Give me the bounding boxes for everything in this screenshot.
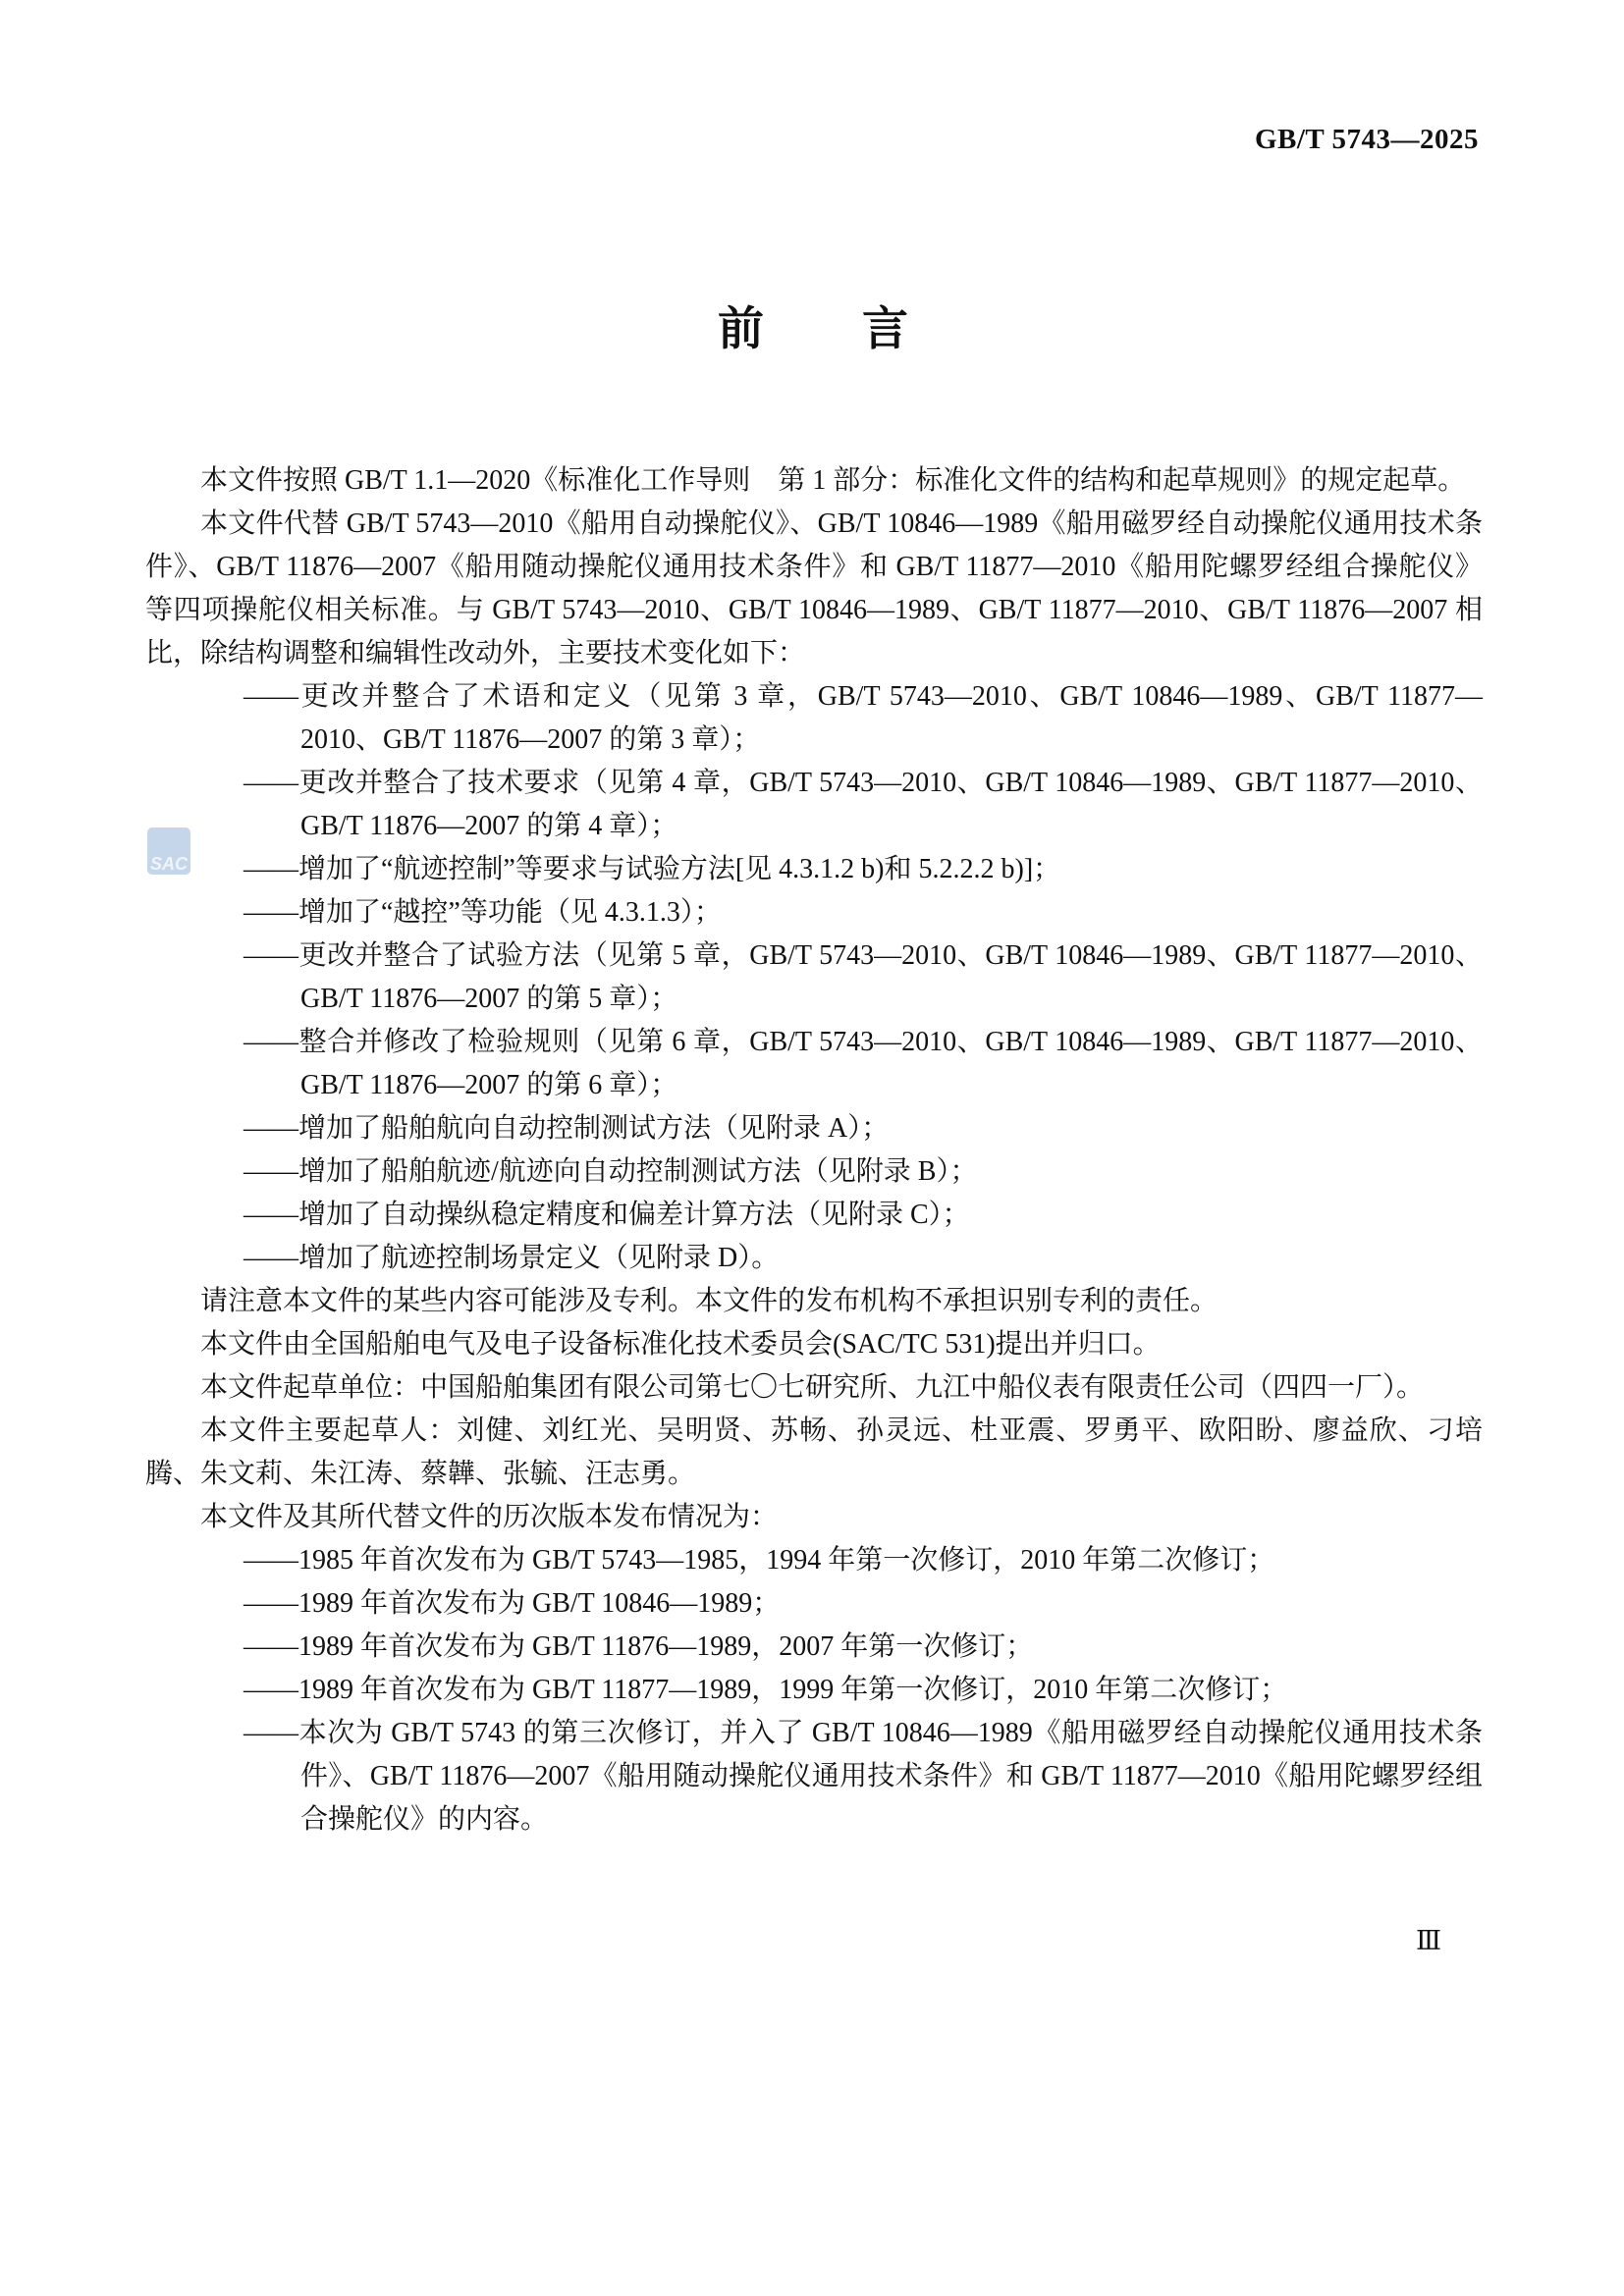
dash: —— [244,768,298,798]
dash: —— [244,940,298,971]
list-item: ——更改并整合了术语和定义（见第 3 章，GB/T 5743—2010、GB/T… [145,675,1483,762]
paragraph-drafting-basis: 本文件按照 GB/T 1.1—2020《标准化工作导则 第 1 部分：标准化文件… [145,459,1483,503]
list-item: ——增加了船舶航迹/航迹向自动控制测试方法（见附录 B）； [145,1150,1483,1194]
list-item: ——增加了船舶航向自动控制测试方法（见附录 A）； [145,1107,1483,1150]
list-item: ——1985 年首次发布为 GB/T 5743—1985，1994 年第一次修订… [145,1539,1483,1582]
list-item: ——1989 年首次发布为 GB/T 10846—1989； [145,1582,1483,1626]
list-item: ——本次为 GB/T 5743 的第三次修订，并入了 GB/T 10846—19… [145,1712,1483,1842]
list-item: ——增加了“航迹控制”等要求与试验方法[见 4.3.1.2 b)和 5.2.2.… [145,848,1483,891]
dash: —— [244,681,298,712]
list-item: ——增加了“越控”等功能（见 4.3.1.3）； [145,891,1483,934]
dash: —— [244,1588,298,1619]
paragraph-replaced-standards: 本文件代替 GB/T 5743—2010《船用自动操舵仪》、GB/T 10846… [145,503,1483,675]
dash: —— [244,1545,298,1575]
standard-code: GB/T 5743—2025 [1255,124,1479,156]
dash: —— [244,897,298,928]
revision-history-list: ——1985 年首次发布为 GB/T 5743—1985，1994 年第一次修订… [145,1539,1483,1842]
paragraph-drafting-org: 本文件起草单位：中国船舶集团有限公司第七〇七研究所、九江中船仪表有限责任公司（四… [145,1366,1483,1410]
paragraph-history-intro: 本文件及其所代替文件的历次版本发布情况为： [145,1496,1483,1539]
page-title: 前 言 [145,293,1483,358]
paragraph-patent-notice: 请注意本文件的某些内容可能涉及专利。本文件的发布机构不承担识别专利的责任。 [145,1280,1483,1323]
technical-changes-list: ——更改并整合了术语和定义（见第 3 章，GB/T 5743—2010、GB/T… [145,675,1483,1280]
dash: —— [244,1675,298,1705]
paragraph-drafters: 本文件主要起草人：刘健、刘红光、吴明贤、苏畅、孙灵远、杜亚震、罗勇平、欧阳盼、廖… [145,1410,1483,1496]
dash: —— [244,1027,298,1057]
list-item: ——1989 年首次发布为 GB/T 11876—1989，2007 年第一次修… [145,1626,1483,1669]
foreword-body: 本文件按照 GB/T 1.1—2020《标准化工作导则 第 1 部分：标准化文件… [145,459,1483,1842]
list-item: ——更改并整合了技术要求（见第 4 章，GB/T 5743—2010、GB/T … [145,762,1483,848]
list-item: ——增加了航迹控制场景定义（见附录 D）。 [145,1237,1483,1280]
dash: —— [244,1631,298,1662]
paragraph-committee: 本文件由全国船舶电气及电子设备标准化技术委员会(SAC/TC 531)提出并归口… [145,1323,1483,1366]
dash: —— [244,1200,298,1230]
dash: —— [244,1243,298,1273]
dash: —— [244,1718,298,1748]
list-item: ——更改并整合了试验方法（见第 5 章，GB/T 5743—2010、GB/T … [145,934,1483,1021]
list-item: ——1989 年首次发布为 GB/T 11877—1989，1999 年第一次修… [145,1669,1483,1712]
dash: —— [244,1113,298,1144]
dash: —— [244,854,298,884]
list-item: ——增加了自动操纵稳定精度和偏差计算方法（见附录 C）； [145,1194,1483,1237]
document-page: GB/T 5743—2025 前 言 SAC 本文件按照 GB/T 1.1—20… [0,0,1624,2296]
page-number: Ⅲ [1416,1926,1441,1956]
dash: —— [244,1156,298,1187]
list-item: ——整合并修改了检验规则（见第 6 章，GB/T 5743—2010、GB/T … [145,1021,1483,1107]
